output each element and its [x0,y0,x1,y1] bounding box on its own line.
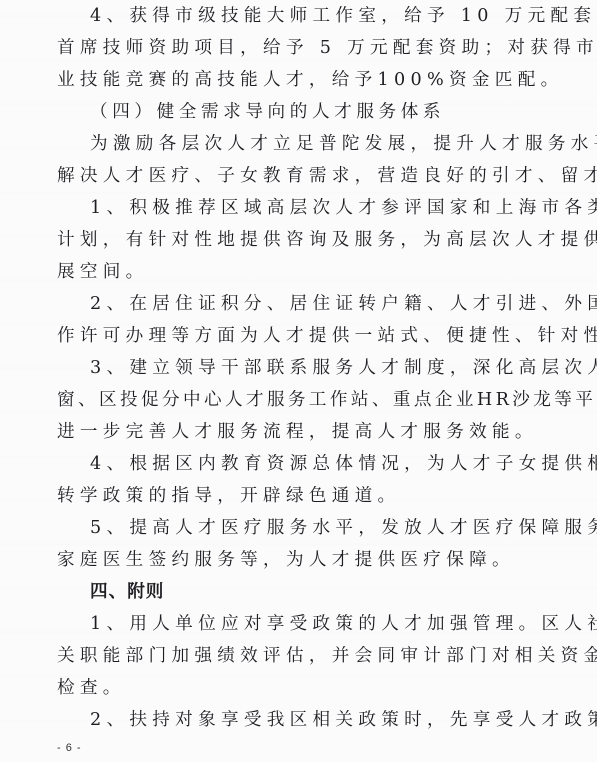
paragraph-line: 窗、区投促分中心人才服务工作站、重点企业HR沙龙等平台建设， [57,384,597,416]
chapter-heading: 四、附则 [90,576,164,608]
paragraph-line: 2、在居住证积分、居住证转户籍、人才引进、外国人来华工 [90,288,597,320]
section-heading: （四）健全需求导向的人才服务体系 [90,96,445,128]
paragraph-line: 1、积极推荐区域高层次人才参评国家和上海市各类人才培养 [90,192,597,224]
paragraph-line: 4、获得市级技能大师工作室，给予 10 万元配套资助；市级 [90,0,597,32]
paragraph-line: 为激励各层次人才立足普陀发展，提升人才服务水平，妥善 [90,128,597,160]
paragraph-line: 计划，有针对性地提供咨询及服务，为高层次人才提供更多的发 [57,224,597,256]
paragraph-line: 2、扶持对象享受我区相关政策时，先享受人才政策后享受产 [90,704,597,736]
paragraph-line: 关职能部门加强绩效评估，并会同审计部门对相关资金进行监督 [57,640,597,672]
paragraph-line: 家庭医生签约服务等，为人才提供医疗保障。 [57,544,515,576]
paragraph-line: 解决人才医疗、子女教育需求，营造良好的引才、留才环境。 [57,160,597,192]
paragraph-line: 进一步完善人才服务流程，提高人才服务效能。 [57,416,538,448]
page-number: - 6 - [57,742,82,754]
paragraph-line: 首席技师资助项目，给予 5 万元配套资助；对获得市级及以上职 [57,32,597,64]
paragraph-line: 5、提高人才医疗服务水平，发放人才医疗保障服务卡，提供 [90,512,597,544]
paragraph-line: 作许可办理等方面为人才提供一站式、便捷性、针对性的服务。 [57,320,597,352]
paragraph-line: 业技能竞赛的高技能人才，给予100%资金匹配。 [57,64,563,96]
paragraph-line: 1、用人单位应对享受政策的人才加强管理。区人社局会同相 [90,608,597,640]
paragraph-line: 3、建立领导干部联系服务人才制度，深化高层次人才服务专 [90,352,597,384]
paragraph-line: 展空间。 [57,256,149,288]
paragraph-line: 转学政策的指导，开辟绿色通道。 [57,480,400,512]
paragraph-line: 4、根据区内教育资源总体情况，为人才子女提供相关入学、 [90,448,597,480]
paragraph-line: 检查。 [57,672,126,704]
